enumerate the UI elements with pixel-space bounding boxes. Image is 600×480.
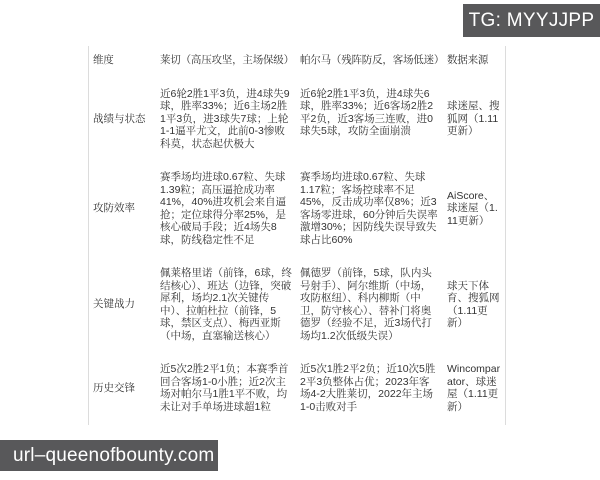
header-data-source: 数据来源 [447, 54, 501, 67]
away-key-players-cell: 佩德罗（前锋，5球，队内头号射手）、阿尔维斯（中场，攻防枢纽）、科内柳斯（中卫，… [300, 267, 440, 342]
away-record-cell: 近6轮2胜1平3负，进4球失6球，胜率33%；近6客场2胜2平2负，近3客场三连… [300, 88, 440, 138]
away-efficiency-cell: 赛季场均进球0.67粒、失球1.17粒；客场控球率不足45%，反击成功率仅8%；… [300, 171, 440, 246]
header-home-team: 莱切（高压攻坚，主场保级） [160, 54, 293, 67]
away-head-to-head-cell: 近5次1胜2平2负；近10次5胜2平3负整体占优；2023年客场4-2大胜莱切，… [300, 363, 440, 413]
header-dimension: 维度 [93, 54, 153, 67]
home-key-players-cell: 佩莱格里诺（前锋，6球，终结核心）、班达（边锋，突破犀利，场均2.1次关键传中）… [160, 267, 293, 342]
telegram-badge: TG: MYYJJPP [463, 4, 600, 37]
home-record-cell: 近6轮2胜1平3负，进4球失9球，胜率33%；近6主场2胜1平3负，进3球失7球… [160, 88, 293, 151]
row-label-head-to-head: 历史交锋 [93, 382, 153, 395]
row-label-key-players: 关键战力 [93, 298, 153, 311]
row-label-efficiency: 攻防效率 [93, 202, 153, 215]
home-efficiency-cell: 赛季场均进球0.67粒、失球1.39粒；高压逼抢成功率41%，40%进攻机会来自… [160, 171, 293, 246]
header-away-team: 帕尔马（残阵防反，客场低迷） [300, 54, 440, 67]
source-key-players-cell: 球天下体育、搜狐网（1.11更新） [447, 280, 501, 330]
page: TG: MYYJJPP 维度 莱切（高压攻坚，主场保级） 帕尔马（残阵防反，客场… [0, 0, 600, 480]
row-label-record: 战绩与状态 [93, 113, 153, 126]
source-head-to-head-cell: Wincomparator、球迷屋（1.11更新） [447, 363, 501, 413]
comparison-table: 维度 莱切（高压攻坚，主场保级） 帕尔马（残阵防反，客场低迷） 数据来源 战绩与… [88, 46, 506, 425]
watermark-url: url–queenofbounty.com [13, 445, 214, 467]
source-efficiency-cell: AiScore、球迷屋（1.11更新） [447, 190, 501, 228]
watermark-badge: url–queenofbounty.com [0, 440, 218, 471]
source-record-cell: 球迷屋、搜狐网（1.11更新） [447, 100, 501, 138]
home-head-to-head-cell: 近5次2胜2平1负；本赛季首回合客场1-0小胜；近2次主场对帕尔马1胜1平不败，… [160, 363, 293, 413]
telegram-handle: TG: MYYJJPP [469, 10, 595, 32]
